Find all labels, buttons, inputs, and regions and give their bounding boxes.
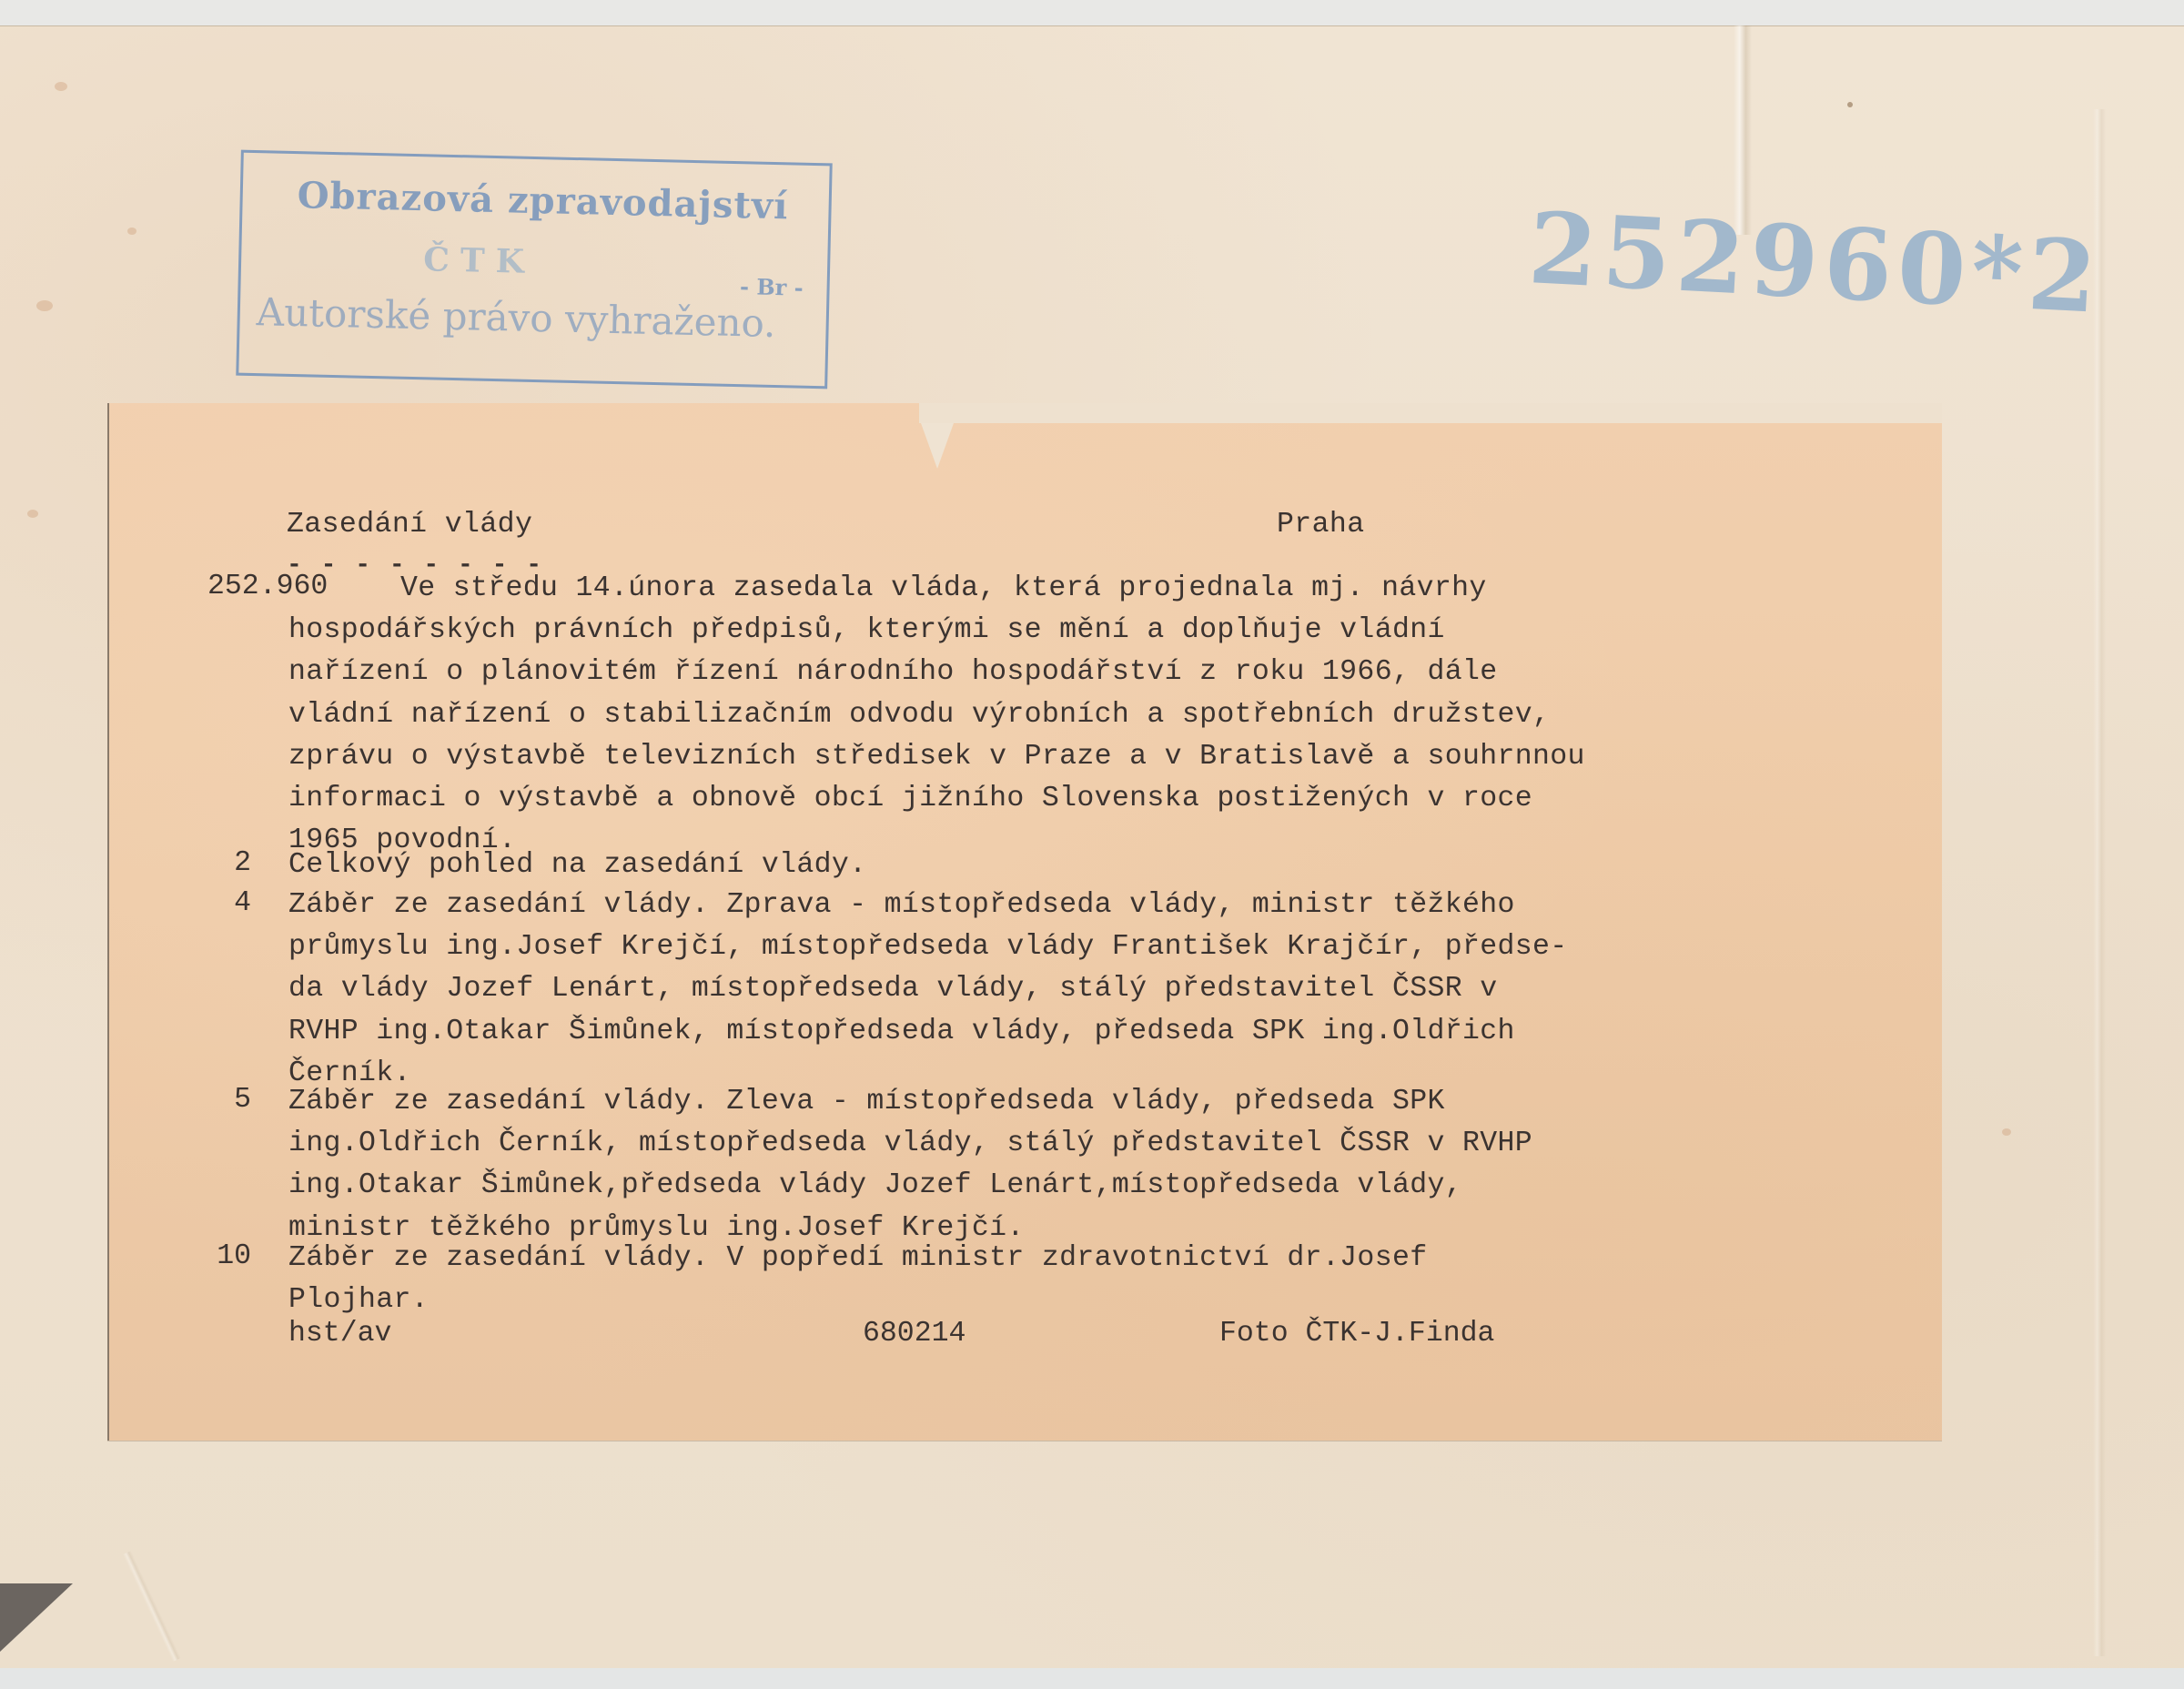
caption-item: Záběr ze zasedání vlády. Zleva - místopř… xyxy=(288,1081,1532,1249)
item-number: 2 xyxy=(160,844,251,883)
caption-date-code: 680214 xyxy=(863,1318,966,1350)
stain xyxy=(27,510,38,518)
caption-place: Praha xyxy=(1277,506,1365,544)
intro-line: nařízení o plánovitém řízení národního h… xyxy=(288,652,1585,693)
item-number: 5 xyxy=(160,1081,251,1119)
stain xyxy=(2002,1128,2011,1136)
scanner-background xyxy=(0,1668,2184,1689)
intro-line: hospodářských právních předpisů, kterými… xyxy=(288,610,1585,652)
item-number: 10 xyxy=(160,1238,251,1276)
intro-line: Ve středu 14.února zasedala vláda, která… xyxy=(288,568,1585,610)
caption-item: Záběr ze zasedání vlády. Zprava - místop… xyxy=(288,885,1567,1095)
stamp-line-agency: Obrazová zpravodajství xyxy=(297,174,789,228)
stamp-line-copyright: Autorské právo vyhraženo. xyxy=(256,289,776,346)
caption-photo-credit: Foto ČTK-J.Finda xyxy=(1219,1318,1494,1350)
item-line: Záběr ze zasedání vlády. Zprava - místop… xyxy=(288,885,1567,926)
item-number: 4 xyxy=(160,885,251,923)
stamp-line-code: - Br - xyxy=(740,273,804,301)
stain xyxy=(36,300,53,311)
caption-title: Zasedání vlády xyxy=(287,506,532,544)
item-line: Záběr ze zasedání vlády. Zleva - místopř… xyxy=(288,1081,1532,1123)
stain xyxy=(1847,102,1853,107)
item-line: průmyslu ing.Josef Krejčí, místopředseda… xyxy=(288,926,1567,968)
caption-intro: Ve středu 14.února zasedala vláda, která… xyxy=(288,568,1585,862)
item-line: Plojhar. xyxy=(288,1279,1427,1321)
stamp-line-ctk: ČTK xyxy=(423,240,536,281)
caption-item: Záběr ze zasedání vlády. V popředí minis… xyxy=(288,1238,1427,1321)
intro-line: zprávu o výstavbě televizních středisek … xyxy=(288,736,1585,778)
item-line: ing.Oldřich Černík, místopředseda vlády,… xyxy=(288,1123,1532,1165)
item-line: RVHP ing.Otakar Šimůnek, místopředseda v… xyxy=(288,1011,1567,1053)
stain xyxy=(55,82,67,91)
caption-initials: hst/av xyxy=(288,1318,391,1350)
document-scan: Obrazová zpravodajství ČTK - Br - Autors… xyxy=(0,0,2184,1689)
ctk-copyright-stamp: Obrazová zpravodajství ČTK - Br - Autors… xyxy=(236,150,832,389)
item-line: da vlády Jozef Lenárt, místopředseda vlá… xyxy=(288,968,1567,1010)
paper-crease xyxy=(2093,109,2106,1656)
torn-corner xyxy=(0,1583,73,1652)
intro-line: vládní nařízení o stabilizačním odvodu v… xyxy=(288,694,1585,736)
item-line: Záběr ze zasedání vlády. V popředí minis… xyxy=(288,1238,1427,1279)
label-torn-top-edge xyxy=(919,403,1942,423)
item-line: ing.Otakar Šimůnek,předseda vlády Jozef … xyxy=(288,1165,1532,1207)
label-tear-notch xyxy=(921,423,954,469)
intro-line: informaci o výstavbě a obnově obcí jižní… xyxy=(288,778,1585,820)
stain xyxy=(127,228,136,235)
caption-item: Celkový pohled na zasedání vlády. xyxy=(288,844,866,886)
item-line: Celkový pohled na zasedání vlády. xyxy=(288,844,866,886)
